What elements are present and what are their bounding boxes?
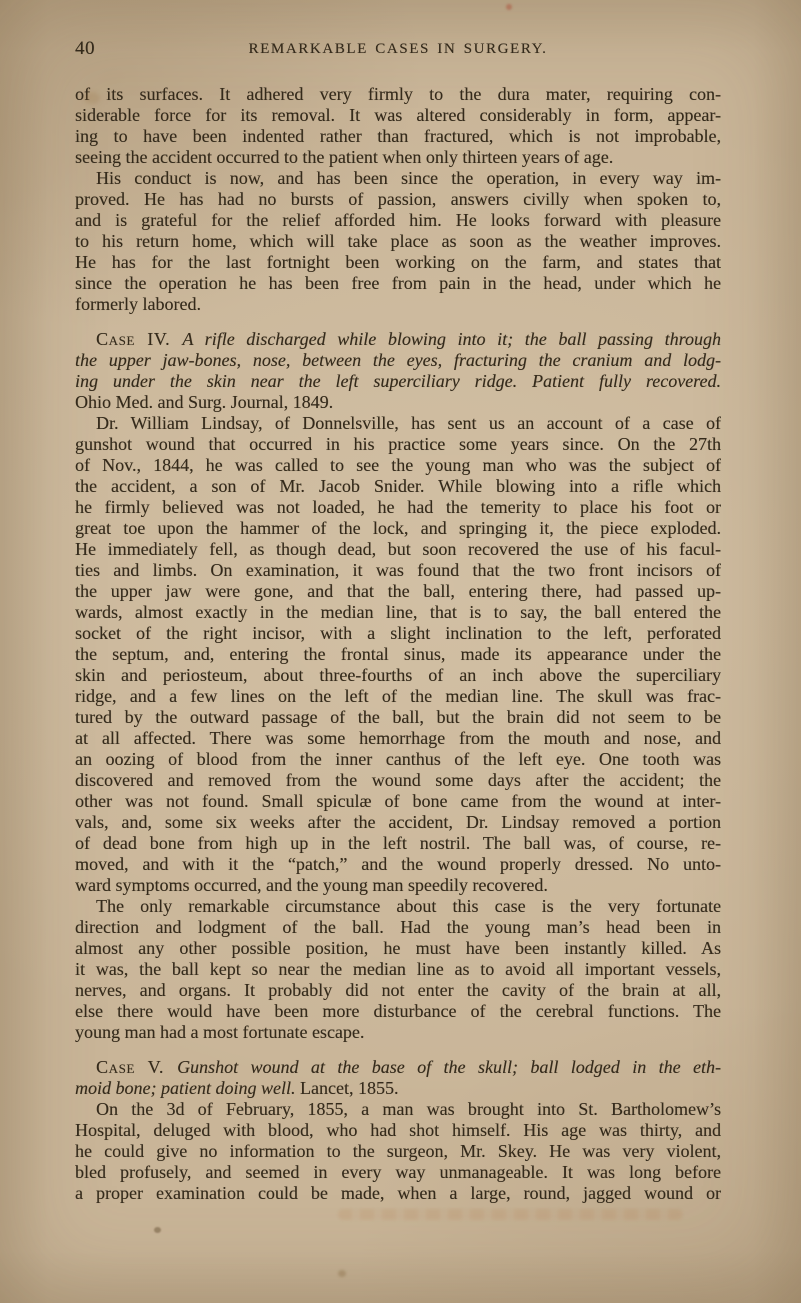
book-page: 40 REMARKABLE CASES IN SURGERY. of its s… xyxy=(0,0,801,1303)
running-header: REMARKABLE CASES IN SURGERY. xyxy=(75,38,721,58)
text-line: gunshot wound that occurred in his pract… xyxy=(75,434,721,455)
text-line: ridge, and a few lines on the left of th… xyxy=(75,686,721,707)
text-line: moved, and with it the “patch,” and the … xyxy=(75,854,721,875)
reverse-side-bleedthrough xyxy=(338,1209,683,1220)
text-line: Dr. William Lindsay, of Donnelsville, ha… xyxy=(75,413,721,434)
text-segment: ridge, and a few lines on the left of th… xyxy=(75,686,721,706)
text-line: young man had a most fortunate escape. xyxy=(75,1022,721,1043)
text-line: it was, the ball kept so near the median… xyxy=(75,959,721,980)
text-segment: Hospital, deluged with blood, who had sh… xyxy=(75,1120,721,1140)
text-line: else there would have been more disturba… xyxy=(75,1001,721,1022)
text-segment: moved, and with it the “patch,” and the … xyxy=(75,854,721,874)
paragraph-conduct: His conduct is now, and has been since t… xyxy=(75,168,721,315)
text-segment: siderable force for its removal. It was … xyxy=(75,105,721,125)
text-segment: tured by the outward passage of the ball… xyxy=(75,707,721,727)
text-line: great toe upon the hammer of the lock, a… xyxy=(75,518,721,539)
text-line: Ohio Med. and Surg. Journal, 1849. xyxy=(75,392,721,413)
text-line: and is grateful for the relief afforded … xyxy=(75,210,721,231)
text-line: ing under the skin near the left superci… xyxy=(75,371,721,392)
text-line: direction and lodgment of the ball. Had … xyxy=(75,917,721,938)
text-segment: formerly labored. xyxy=(75,294,201,314)
text-segment: other was not found. Small spiculæ of bo… xyxy=(75,791,721,811)
text-line: at all affected. There was some hemorrha… xyxy=(75,728,721,749)
text-segment: Dr. William Lindsay, of Donnelsville, ha… xyxy=(96,413,721,433)
text-segment: A rifle discharged while blowing into it… xyxy=(182,329,721,349)
case-iv-heading: Case IV. A rifle discharged while blowin… xyxy=(75,329,721,413)
text-line: the accident, a son of Mr. Jacob Snider.… xyxy=(75,476,721,497)
text-line: seeing the accident occurred to the pati… xyxy=(75,147,721,168)
text-segment: discovered and removed from the wound so… xyxy=(75,770,721,790)
text-line: The only remarkable circumstance about t… xyxy=(75,896,721,917)
text-segment: The only remarkable circumstance about t… xyxy=(96,896,721,916)
text-line: Case IV. A rifle discharged while blowin… xyxy=(75,329,721,350)
text-line: other was not found. Small spiculæ of bo… xyxy=(75,791,721,812)
text-line: His conduct is now, and has been since t… xyxy=(75,168,721,189)
text-line: he could give no information to the surg… xyxy=(75,1141,721,1162)
text-segment: Case IV. xyxy=(96,329,182,349)
text-segment: ing under the skin near the left superci… xyxy=(75,371,721,391)
text-line: the septum, and, entering the frontal si… xyxy=(75,644,721,665)
text-segment: nerves, and organs. It probably did not … xyxy=(75,980,721,1000)
text-segment: an oozing of blood from the inner canthu… xyxy=(75,749,721,769)
text-line: he firmly believed was not loaded, he ha… xyxy=(75,497,721,518)
text-line: proved. He has had no bursts of passion,… xyxy=(75,189,721,210)
text-line: Case V. Gunshot wound at the base of the… xyxy=(75,1057,721,1078)
text-segment: the accident, a son of Mr. Jacob Snider.… xyxy=(75,476,721,496)
text-line: the upper jaw-bones, nose, between the e… xyxy=(75,350,721,371)
text-segment: he could give no information to the surg… xyxy=(75,1141,721,1161)
text-line: formerly labored. xyxy=(75,294,721,315)
text-segment: of its surfaces. It adhered very firmly … xyxy=(75,84,721,104)
text-line: On the 3d of February, 1855, a man was b… xyxy=(75,1099,721,1120)
text-segment: He has for the last fortnight been worki… xyxy=(75,252,721,272)
text-segment: since the operation he has been free fro… xyxy=(75,273,721,293)
text-line: since the operation he has been free fro… xyxy=(75,273,721,294)
text-line: an oozing of blood from the inner canthu… xyxy=(75,749,721,770)
text-line: the upper jaw were gone, and that the ba… xyxy=(75,581,721,602)
paragraph-lindsay-account: Dr. William Lindsay, of Donnelsville, ha… xyxy=(75,413,721,896)
text-segment: gunshot wound that occurred in his pract… xyxy=(75,434,721,454)
text-segment: socket of the right incisor, with a slig… xyxy=(75,623,721,643)
text-line: vals, and, some six weeks after the acci… xyxy=(75,812,721,833)
text-segment: Gunshot wound at the base of the skull; … xyxy=(177,1057,721,1077)
text-segment: to his return home, which will take plac… xyxy=(75,231,721,251)
text-line: He has for the last fortnight been worki… xyxy=(75,252,721,273)
text-line: tured by the outward passage of the ball… xyxy=(75,707,721,728)
text-segment: seeing the accident occurred to the pati… xyxy=(75,147,613,167)
text-segment: Lancet, 1855. xyxy=(300,1078,398,1098)
text-line: to his return home, which will take plac… xyxy=(75,231,721,252)
text-segment: almost any other possible position, he m… xyxy=(75,938,721,958)
text-segment: it was, the ball kept so near the median… xyxy=(75,959,721,979)
text-segment: wards, almost exactly in the median line… xyxy=(75,602,721,622)
text-segment: His conduct is now, and has been since t… xyxy=(96,168,721,188)
text-line: skin and periosteum, about three-fourths… xyxy=(75,665,721,686)
text-line: Hospital, deluged with blood, who had sh… xyxy=(75,1120,721,1141)
text-line: of dead bone from high up in the left no… xyxy=(75,833,721,854)
paragraph-bartholomew: On the 3d of February, 1855, a man was b… xyxy=(75,1099,721,1204)
text-segment: direction and lodgment of the ball. Had … xyxy=(75,917,721,937)
text-segment: skin and periosteum, about three-fourths… xyxy=(75,665,721,685)
text-segment: else there would have been more disturba… xyxy=(75,1001,721,1021)
text-segment: he firmly believed was not loaded, he ha… xyxy=(75,497,721,517)
text-segment: Case V. xyxy=(96,1057,177,1077)
page-number: 40 xyxy=(75,38,95,60)
page-body: of its surfaces. It adhered very firmly … xyxy=(75,84,721,1204)
text-segment: ties and limbs. On examination, it was f… xyxy=(75,560,721,580)
text-line: ties and limbs. On examination, it was f… xyxy=(75,560,721,581)
text-segment: On the 3d of February, 1855, a man was b… xyxy=(96,1099,721,1119)
paper-stain xyxy=(154,1227,161,1233)
text-line: nerves, and organs. It probably did not … xyxy=(75,980,721,1001)
text-segment: and is grateful for the relief afforded … xyxy=(75,210,721,230)
text-line: of Nov., 1844, he was called to see the … xyxy=(75,455,721,476)
text-segment: the upper jaw were gone, and that the ba… xyxy=(75,581,721,601)
text-segment: bled profusely, and seemed in every way … xyxy=(75,1162,721,1182)
paragraph-continuation: of its surfaces. It adhered very firmly … xyxy=(75,84,721,168)
text-line: discovered and removed from the wound so… xyxy=(75,770,721,791)
paper-stain xyxy=(338,1270,346,1277)
text-segment: vals, and, some six weeks after the acci… xyxy=(75,812,721,832)
text-segment: the septum, and, entering the frontal si… xyxy=(75,644,721,664)
text-segment: of dead bone from high up in the left no… xyxy=(75,833,721,853)
text-segment: a proper examination could be made, when… xyxy=(75,1183,721,1203)
text-segment: young man had a most fortunate escape. xyxy=(75,1022,364,1042)
text-line: socket of the right incisor, with a slig… xyxy=(75,623,721,644)
text-line: almost any other possible position, he m… xyxy=(75,938,721,959)
paper-stain xyxy=(506,4,512,10)
text-line: a proper examination could be made, when… xyxy=(75,1183,721,1204)
text-segment: of Nov., 1844, he was called to see the … xyxy=(75,455,721,475)
paragraph-remarkable-circumstance: The only remarkable circumstance about t… xyxy=(75,896,721,1043)
text-segment: ward symptoms occurred, and the young ma… xyxy=(75,875,548,895)
text-segment: moid bone; patient doing well. xyxy=(75,1078,300,1098)
case-v-heading: Case V. Gunshot wound at the base of the… xyxy=(75,1057,721,1099)
text-line: bled profusely, and seemed in every way … xyxy=(75,1162,721,1183)
text-line: of its surfaces. It adhered very firmly … xyxy=(75,84,721,105)
text-line: ing to have been indented rather than fr… xyxy=(75,126,721,147)
page-header: 40 REMARKABLE CASES IN SURGERY. xyxy=(75,38,721,62)
text-line: wards, almost exactly in the median line… xyxy=(75,602,721,623)
text-segment: at all affected. There was some hemorrha… xyxy=(75,728,721,748)
text-segment: proved. He has had no bursts of passion,… xyxy=(75,189,721,209)
text-segment: He immediately fell, as though dead, but… xyxy=(75,539,721,559)
text-line: He immediately fell, as though dead, but… xyxy=(75,539,721,560)
text-line: siderable force for its removal. It was … xyxy=(75,105,721,126)
text-segment: Ohio Med. and Surg. Journal, 1849. xyxy=(75,392,333,412)
text-line: ward symptoms occurred, and the young ma… xyxy=(75,875,721,896)
text-segment: great toe upon the hammer of the lock, a… xyxy=(75,518,721,538)
text-segment: the upper jaw-bones, nose, between the e… xyxy=(75,350,721,370)
text-segment: ing to have been indented rather than fr… xyxy=(75,126,721,146)
text-line: moid bone; patient doing well. Lancet, 1… xyxy=(75,1078,721,1099)
